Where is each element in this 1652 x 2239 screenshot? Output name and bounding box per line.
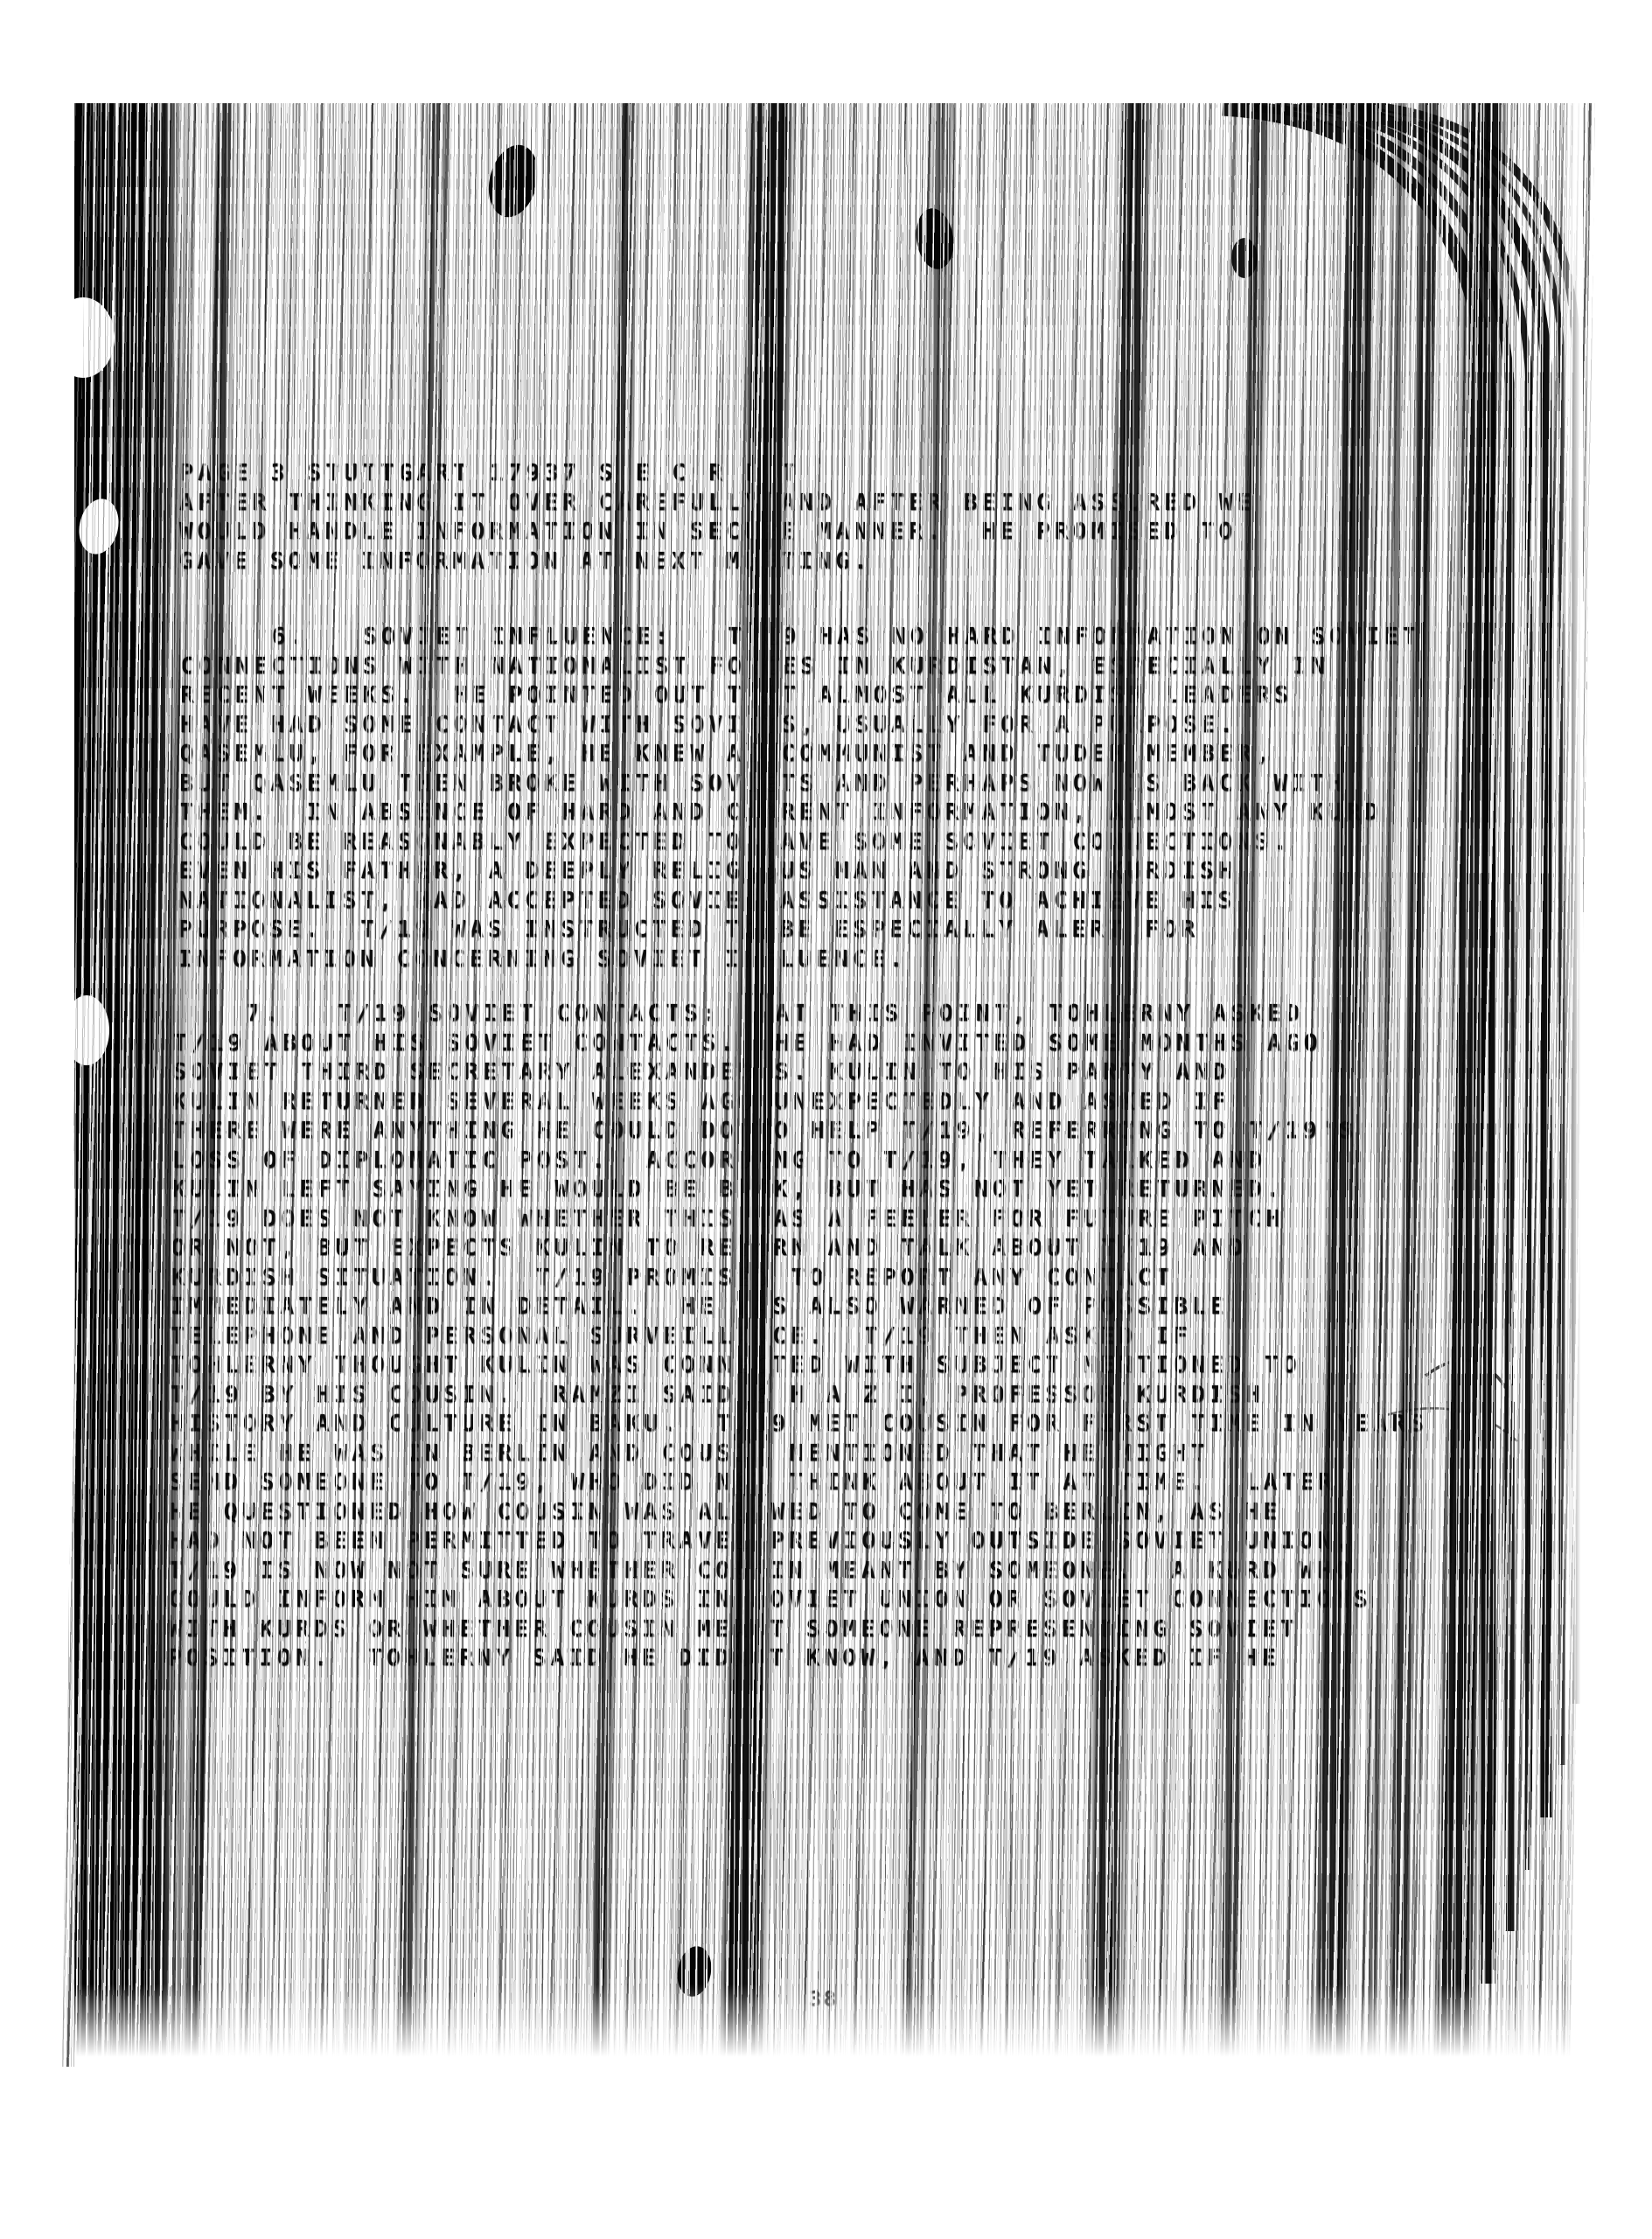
right-fade <box>1560 103 1583 2067</box>
scanned-document-page: { "doc": { "header_lines": [ "PAGE 3 STU… <box>0 0 1652 2239</box>
ink-blot <box>1231 238 1258 278</box>
page-header-paragraph: PAGE 3 STUTTGART 17937 S E C R E T AFTER… <box>178 459 1256 576</box>
punch-hole <box>52 297 115 378</box>
scan-area: PAGE 3 STUTTGART 17937 S E C R E T AFTER… <box>74 103 1583 2067</box>
paragraph-7-soviet-contacts: 7. T/19 SOVIET CONTACTS: AT THIS POINT, … <box>168 1000 1432 1674</box>
page-number: 38 <box>809 1985 839 2015</box>
paragraph-6-soviet-influence: 6. SOVIET INFLUENCE: T/19 HAS NO HARD IN… <box>178 623 1421 974</box>
ink-blot <box>482 140 546 223</box>
ink-blot <box>673 1943 714 1999</box>
punch-hole <box>64 995 109 1065</box>
ink-blot <box>912 206 957 271</box>
punch-hole <box>74 495 123 558</box>
